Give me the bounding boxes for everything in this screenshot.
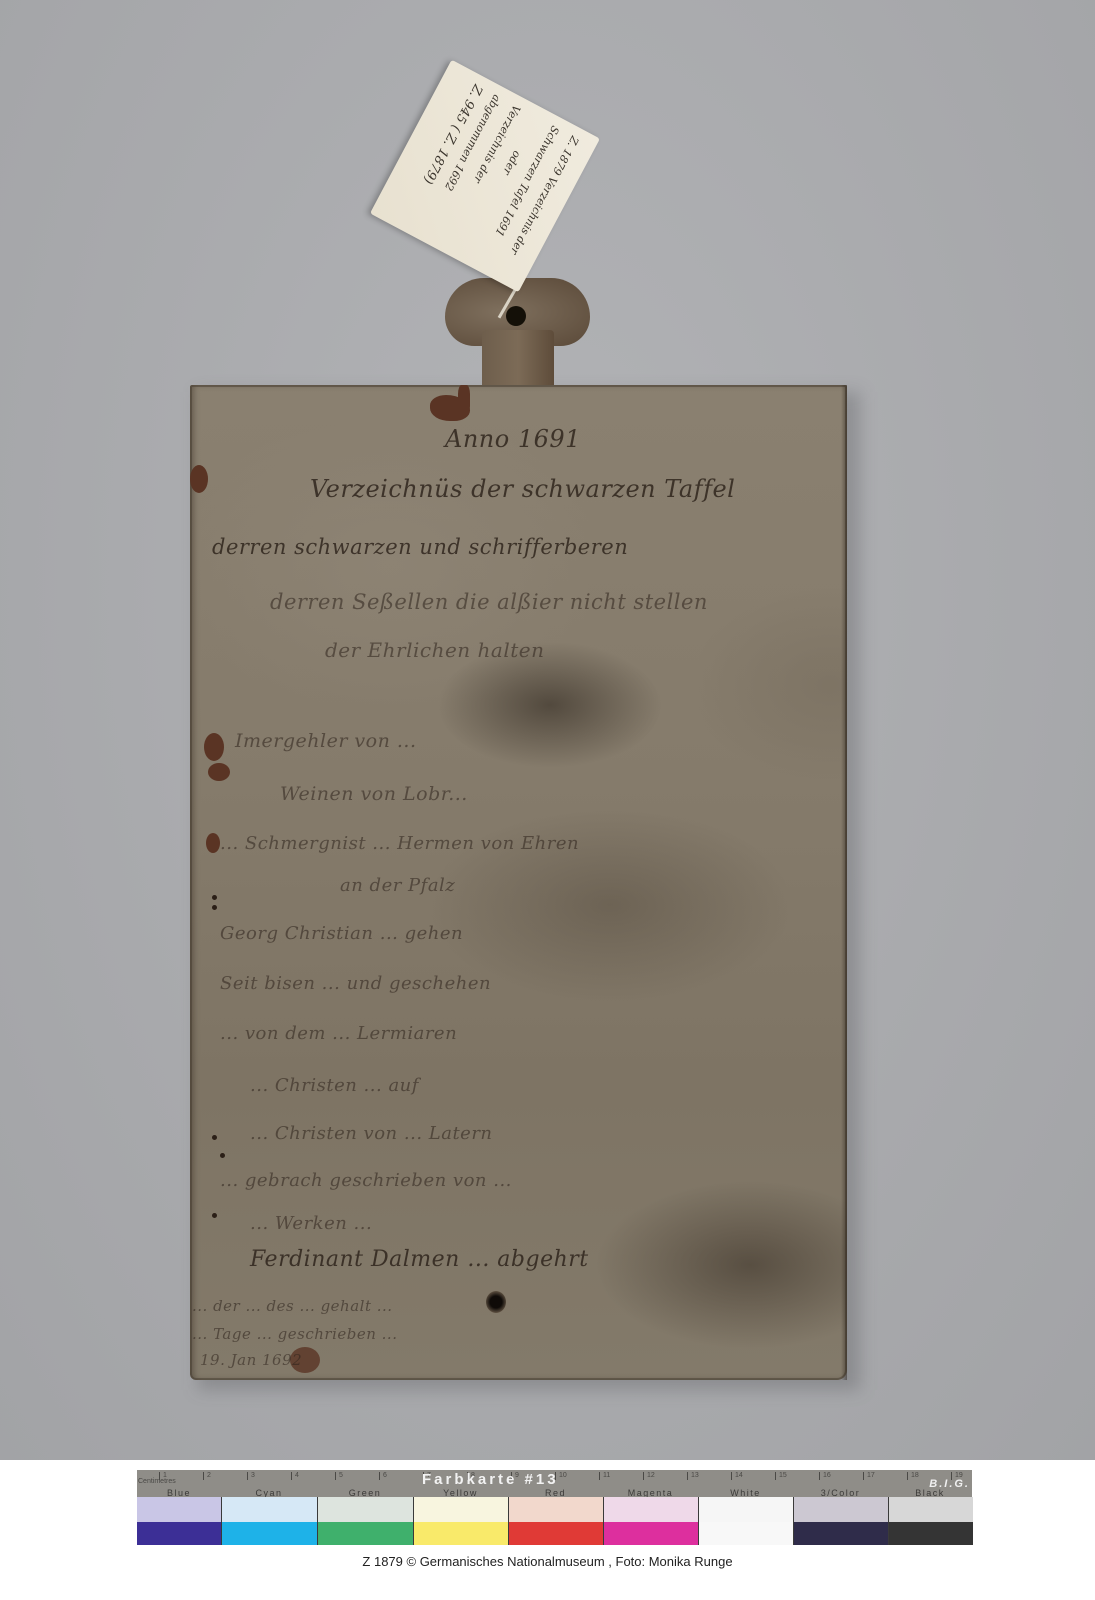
heading-year: Anno 1691 — [445, 425, 581, 453]
swatch-yellow: Yellow — [413, 1470, 508, 1545]
wax-stain — [206, 833, 220, 853]
manuscript-line: ... der ... des ... gehalt ... — [192, 1297, 393, 1315]
manuscript-line: ... Christen von ... Latern — [250, 1123, 493, 1144]
wax-stain — [208, 763, 230, 781]
wax-stain — [190, 465, 208, 493]
nail-hole — [486, 1291, 506, 1313]
swatch-black: Black — [888, 1470, 972, 1545]
swatch-red: Red — [508, 1470, 603, 1545]
manuscript-line: Verzeichnüs der schwarzen Taffel — [310, 475, 735, 503]
board-handle-neck — [482, 330, 554, 390]
manuscript-line: Imergehler von ... — [235, 730, 417, 752]
swatch-cyan: Cyan — [221, 1470, 317, 1545]
swatch-light-patch — [137, 1497, 221, 1522]
swatch-light-patch — [888, 1497, 973, 1522]
swatch-light-patch — [317, 1497, 414, 1522]
manuscript-line: der Ehrlichen halten — [325, 638, 545, 662]
manuscript-line: ... Werken ... — [250, 1213, 372, 1234]
swatch-white: White — [698, 1470, 793, 1545]
manuscript-line: an der Pfalz — [340, 875, 455, 896]
manuscript-line: Weinen von Lobr... — [280, 783, 468, 805]
swatch-dark-patch — [698, 1522, 794, 1545]
wormhole — [212, 1213, 217, 1218]
manuscript-line: ... Schmergnist ... Hermen von Ehren — [220, 833, 579, 854]
swatch-dark-patch — [317, 1522, 414, 1545]
wormhole — [212, 895, 217, 900]
board-edge — [841, 385, 847, 1380]
color-calibration-chart: Centimetres 1 2 3 4 5 6 7 8 9 10 11 12 1… — [137, 1470, 972, 1545]
manuscript-line: ... von dem ... Lermiaren — [220, 1023, 457, 1044]
swatch-dark-patch — [221, 1522, 318, 1545]
manuscript-line: derren schwarzen und schrifferberen — [212, 535, 628, 559]
wormhole — [212, 905, 217, 910]
manuscript-line: Georg Christian ... gehen — [220, 923, 463, 944]
manuscript-line: Seit bisen ... und geschehen — [220, 973, 491, 994]
swatch-blue: Blue — [137, 1470, 221, 1545]
swatch-dark-patch — [888, 1522, 973, 1545]
swatch-green: Green — [317, 1470, 413, 1545]
swatch-dark-patch — [793, 1522, 889, 1545]
handle-hole — [506, 306, 526, 326]
manuscript-line: ... Tage ... geschrieben ... — [192, 1325, 397, 1343]
wax-stain — [204, 733, 224, 761]
manuscript-line: 19. Jan 1692 — [200, 1351, 302, 1369]
swatch-light-patch — [508, 1497, 604, 1522]
label-card-text: Z. 1879 Verzeichnis der Schwarzen Tafel … — [395, 80, 585, 280]
swatch-3-color: 3/Color — [793, 1470, 888, 1545]
photo-credit: Z 1879 © Germanisches Nationalmuseum , F… — [0, 1554, 1095, 1569]
swatch-light-patch — [793, 1497, 889, 1522]
wormhole — [220, 1153, 225, 1158]
swatch-dark-patch — [603, 1522, 699, 1545]
object-photograph: Anno 1691 Verzeichnüs der schwarzen Taff… — [0, 0, 1095, 1460]
manuscript-line: ... Christen ... auf — [250, 1075, 419, 1096]
wax-stain — [458, 385, 470, 415]
swatch-light-patch — [603, 1497, 699, 1522]
swatch-light-patch — [221, 1497, 318, 1522]
swatch-light-patch — [413, 1497, 509, 1522]
swatch-dark-patch — [413, 1522, 509, 1545]
swatch-dark-patch — [137, 1522, 221, 1545]
swatch-dark-patch — [508, 1522, 604, 1545]
manuscript-line: derren Seßellen die alßier nicht stellen — [270, 590, 708, 614]
label-card: Z. 1879 Verzeichnis der Schwarzen Tafel … — [370, 60, 600, 293]
swatch-magenta: Magenta — [603, 1470, 698, 1545]
swatch-light-patch — [698, 1497, 794, 1522]
manuscript-line: Ferdinant Dalmen ... abgehrt — [250, 1247, 589, 1272]
wooden-board: Anno 1691 Verzeichnüs der schwarzen Taff… — [190, 385, 847, 1380]
manuscript-line: ... gebrach geschrieben von ... — [220, 1170, 512, 1191]
wormhole — [212, 1135, 217, 1140]
